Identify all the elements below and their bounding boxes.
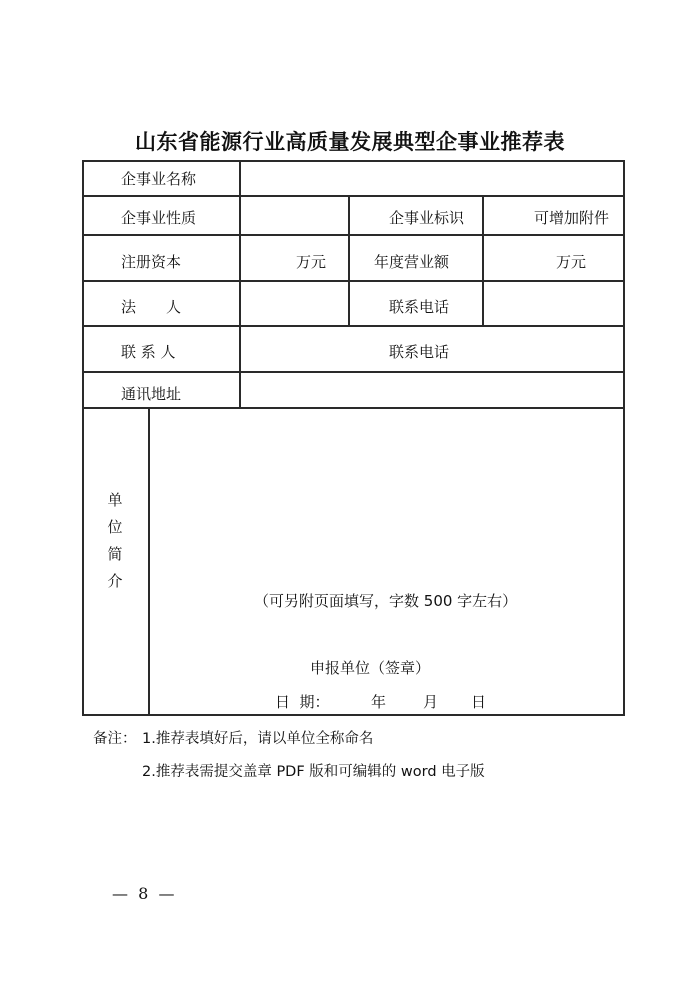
label-contact-person: 联 系 人 [121,343,176,361]
phone-2-field[interactable] [484,327,623,371]
enterprise-nature-field[interactable] [241,197,348,234]
date-month-label: 月 [423,693,438,711]
column-divider [348,195,350,326]
intro-label-char: 介 [105,568,125,595]
intro-label-char: 位 [105,514,125,541]
row-divider [82,234,625,236]
contact-person-field[interactable] [241,327,348,371]
table-border-bottom [82,714,625,716]
label-phone-2: 联系电话 [389,343,449,361]
notes-prefix: 备注： [93,727,137,748]
address-field[interactable] [241,373,623,407]
enterprise-name-field[interactable] [241,162,623,195]
registered-capital-unit[interactable]: 万元 [296,253,326,271]
note-item-1: 1.推荐表填好后，请以单位全称命名 [142,727,373,748]
intro-label-char: 简 [105,541,125,568]
label-enterprise-identity: 企事业标识 [389,209,464,227]
date-day-label: 日 [471,693,486,711]
page-title: 山东省能源行业高质量发展典型企事业推荐表 [0,126,700,156]
label-enterprise-name: 企事业名称 [121,170,196,188]
annual-revenue-unit[interactable]: 万元 [556,253,586,271]
label-address: 通讯地址 [121,385,181,403]
intro-label-char: 单 [105,487,125,514]
label-phone-1: 联系电话 [389,298,449,316]
phone-1-field[interactable] [484,282,623,325]
label-unit-intro: 单 位 简 介 [105,487,125,595]
table-border-left [82,160,84,716]
date-label: 日 期： [275,693,330,711]
legal-person-field[interactable] [241,282,348,325]
row-divider [82,195,625,197]
intro-hint: （可另附页面填写，字数 500 字左右） [254,592,517,610]
enterprise-identity-value[interactable]: 可增加附件 [534,209,609,227]
page-number: — 8 — [112,884,175,903]
label-legal-person: 法 人 [121,298,181,316]
table-border-right [623,160,625,716]
label-enterprise-nature: 企事业性质 [121,209,196,227]
label-annual-revenue: 年度营业额 [374,253,449,271]
date-year-label: 年 [371,693,386,711]
applicant-seal-label: 申报单位（签章） [310,659,430,677]
label-registered-capital: 注册资本 [121,253,181,271]
note-item-2: 2.推荐表需提交盖章 PDF 版和可编辑的 word 电子版 [142,760,485,781]
